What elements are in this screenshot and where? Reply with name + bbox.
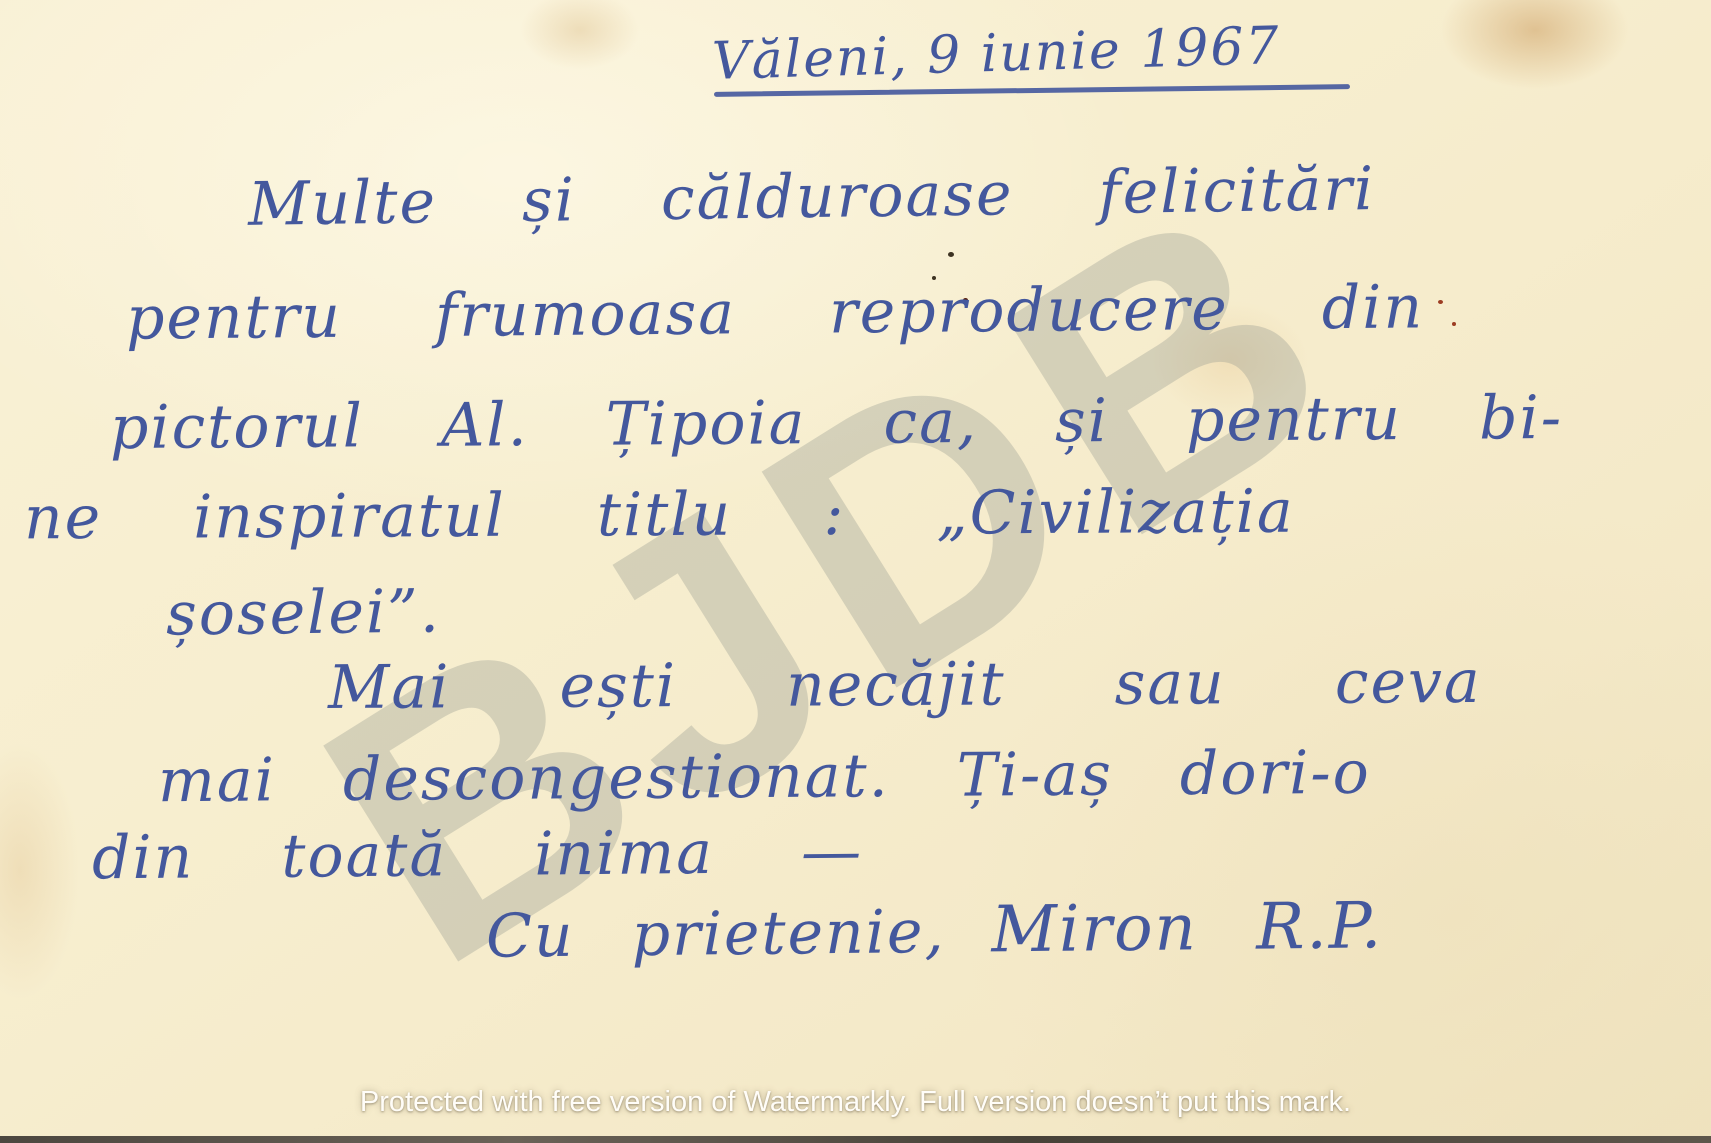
handwriting-line: din toată inima — — [92, 817, 864, 894]
signature: Miron R.P. — [991, 889, 1383, 967]
paper-stain — [1440, 0, 1630, 90]
paper-stain — [0, 740, 80, 1000]
ink-speck — [948, 252, 954, 257]
closing-line: Cu prietenie,Miron R.P. — [486, 889, 1384, 972]
ink-speck — [1452, 322, 1456, 326]
dateline: Văleni, 9 iunie 1967 — [711, 16, 1281, 92]
paper-stain — [520, 0, 640, 70]
handwriting-line: mai descongestionat. Ți-aș dori-o — [158, 738, 1371, 816]
handwriting-line: pictorul Al. Țipoia ca, și pentru bi- — [110, 383, 1563, 463]
handwriting-line: Multe și călduroase felicitări — [248, 154, 1376, 240]
handwriting-line: șoselei”. — [166, 577, 442, 650]
closing: Cu prietenie, — [486, 897, 946, 972]
scan-bottom-edge — [0, 1136, 1711, 1143]
postcard-scan: BJDB Văleni, 9 iunie 1967 Multe și căldu… — [0, 0, 1711, 1143]
watermark-notice: Protected with free version of Watermark… — [0, 1086, 1711, 1119]
handwriting-line: pentru frumoasa reproducere din — [126, 272, 1425, 353]
handwriting-line: ne inspiratul titlu : „Civilizația — [24, 477, 1295, 554]
ink-speck — [1438, 300, 1443, 304]
handwriting-line: Mai ești necăjit sau ceva — [328, 647, 1482, 723]
